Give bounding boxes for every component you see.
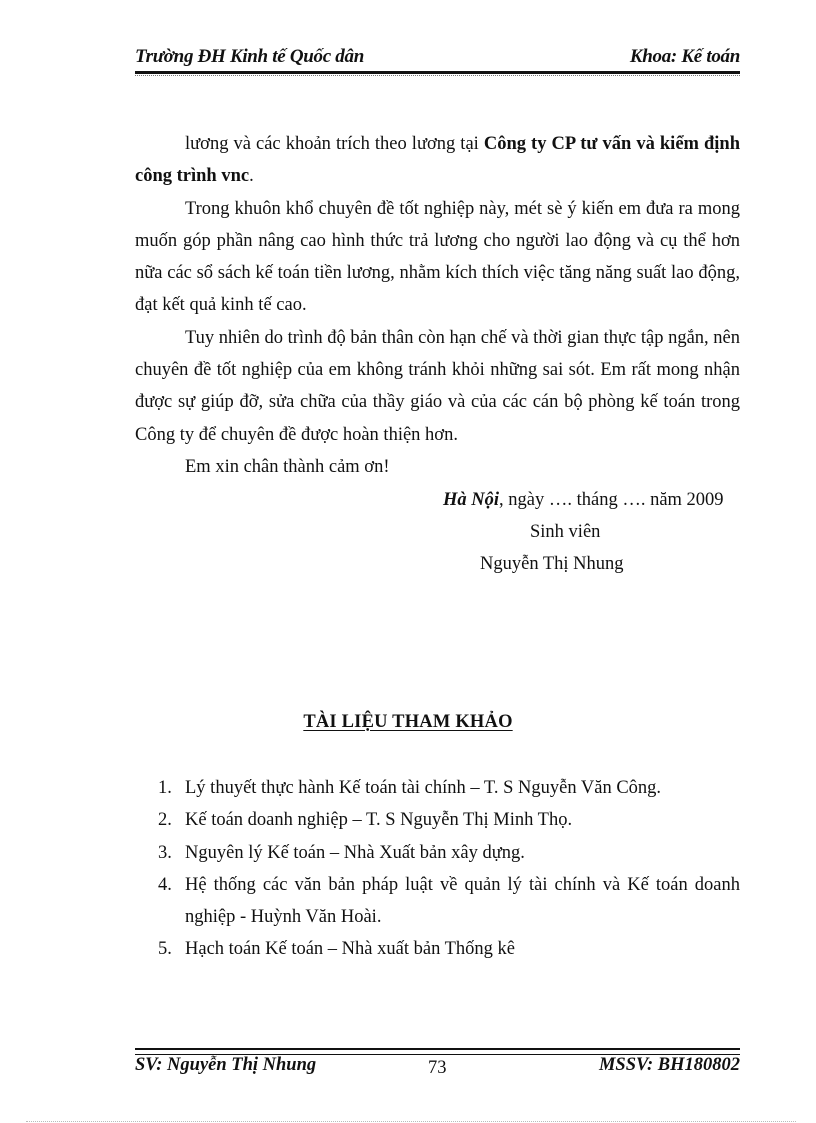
reference-item: 5.Hạch toán Kế toán – Nhà xuất bản Thống… [158,933,740,965]
paragraph-4: Em xin chân thành cảm ơn! [135,451,740,483]
header-faculty: Khoa: Kế toán [630,46,740,68]
signature-name: Nguyễn Thị Nhung [480,548,624,580]
signature-date: Hà Nội, ngày …. tháng …. năm 2009 [443,484,724,516]
footer-student-id: MSSV: BH180802 [599,1055,740,1076]
header-university: Trường ĐH Kinh tế Quốc dân [135,46,364,68]
document-body: lương và các khoản trích theo lương tại … [135,128,740,483]
reference-item: 1.Lý thuyết thực hành Kế toán tài chính … [158,772,740,804]
footer-student: SV: Nguyễn Thị Nhung [135,1055,316,1076]
reference-item: 3.Nguyên lý Kế toán – Nhà Xuất bản xây d… [158,837,740,869]
references-list: 1.Lý thuyết thực hành Kế toán tài chính … [158,772,740,966]
paragraph-3: Tuy nhiên do trình độ bản thân còn hạn c… [135,322,740,451]
reference-item: 2.Kế toán doanh nghiệp – T. S Nguyễn Thị… [158,804,740,836]
paragraph-2: Trong khuôn khổ chuyên đề tốt nghiệp này… [135,193,740,322]
header-divider [135,75,740,76]
signature-role: Sinh viên [530,516,600,548]
page-header: Trường ĐH Kinh tế Quốc dân Khoa: Kế toán [135,45,740,74]
page-footer: SV: Nguyễn Thị Nhung 73 MSSV: BH180802 [135,1053,740,1079]
references-heading: TÀI LIỆU THAM KHẢO [0,712,816,733]
page-edge-divider [26,1121,796,1122]
signature-place: Hà Nội [443,490,499,510]
reference-item: 4.Hệ thống các văn bản pháp luật về quản… [158,869,740,934]
paragraph-1: lương và các khoản trích theo lương tại … [135,128,740,193]
page-number: 73 [428,1058,447,1079]
